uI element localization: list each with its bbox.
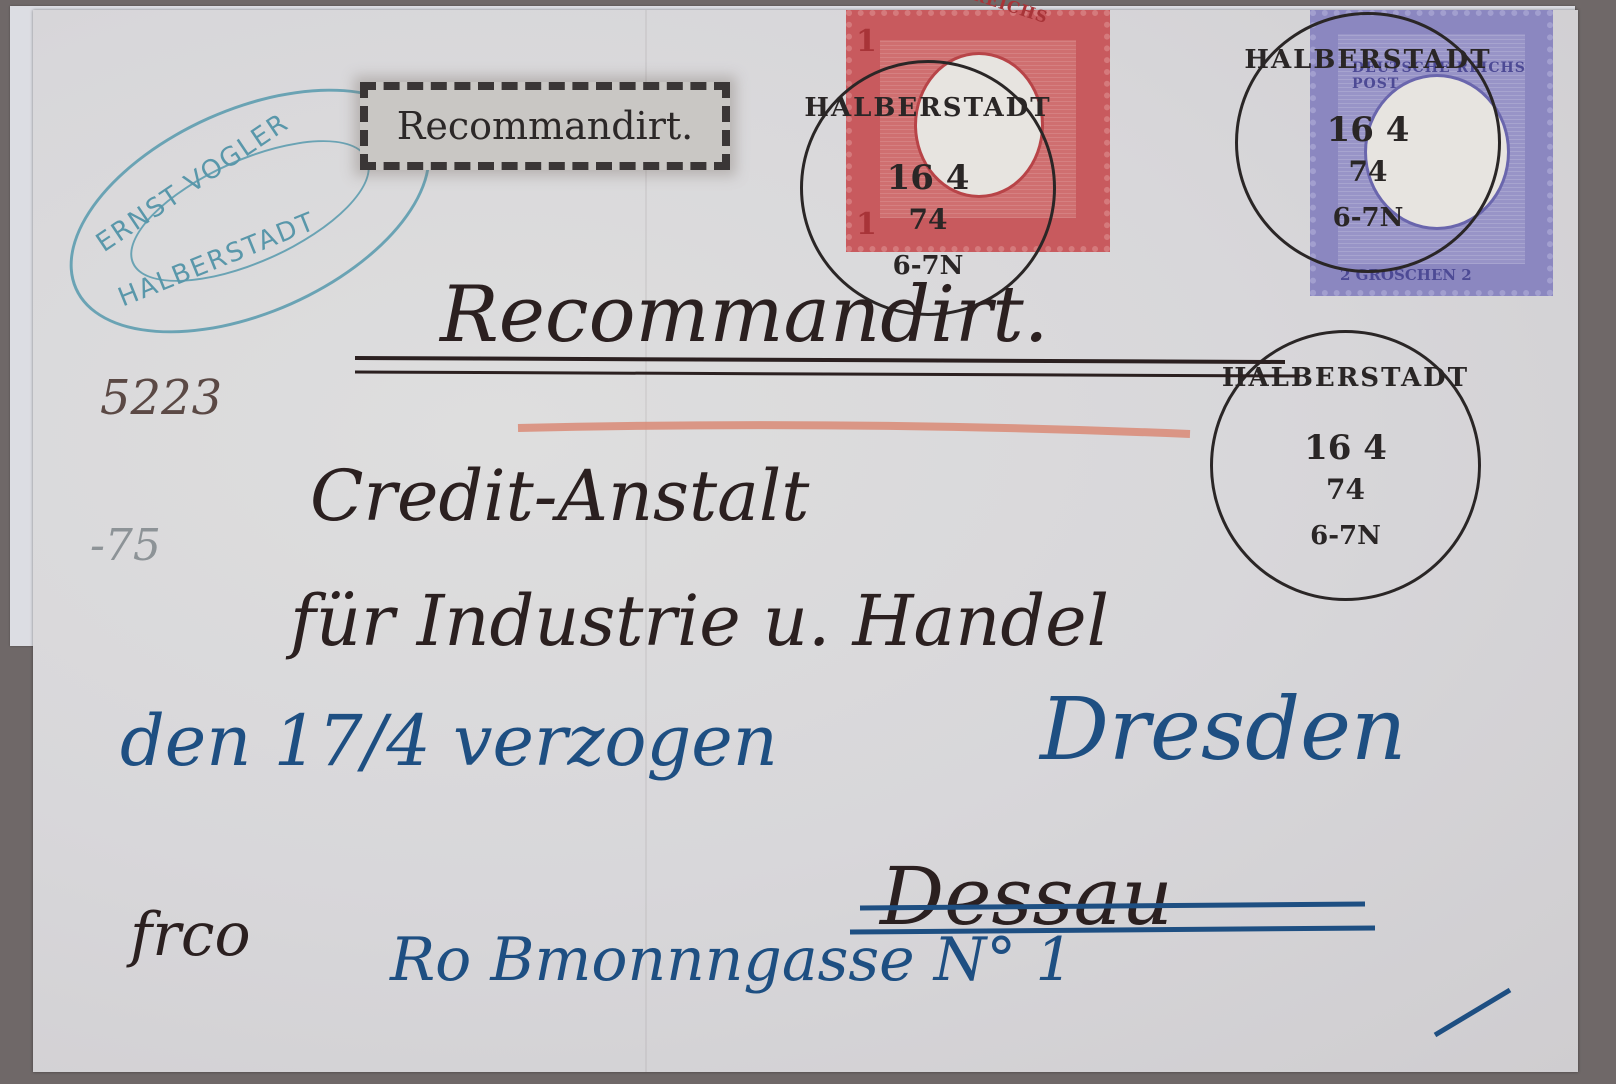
ink-strokes xyxy=(0,0,1616,1084)
